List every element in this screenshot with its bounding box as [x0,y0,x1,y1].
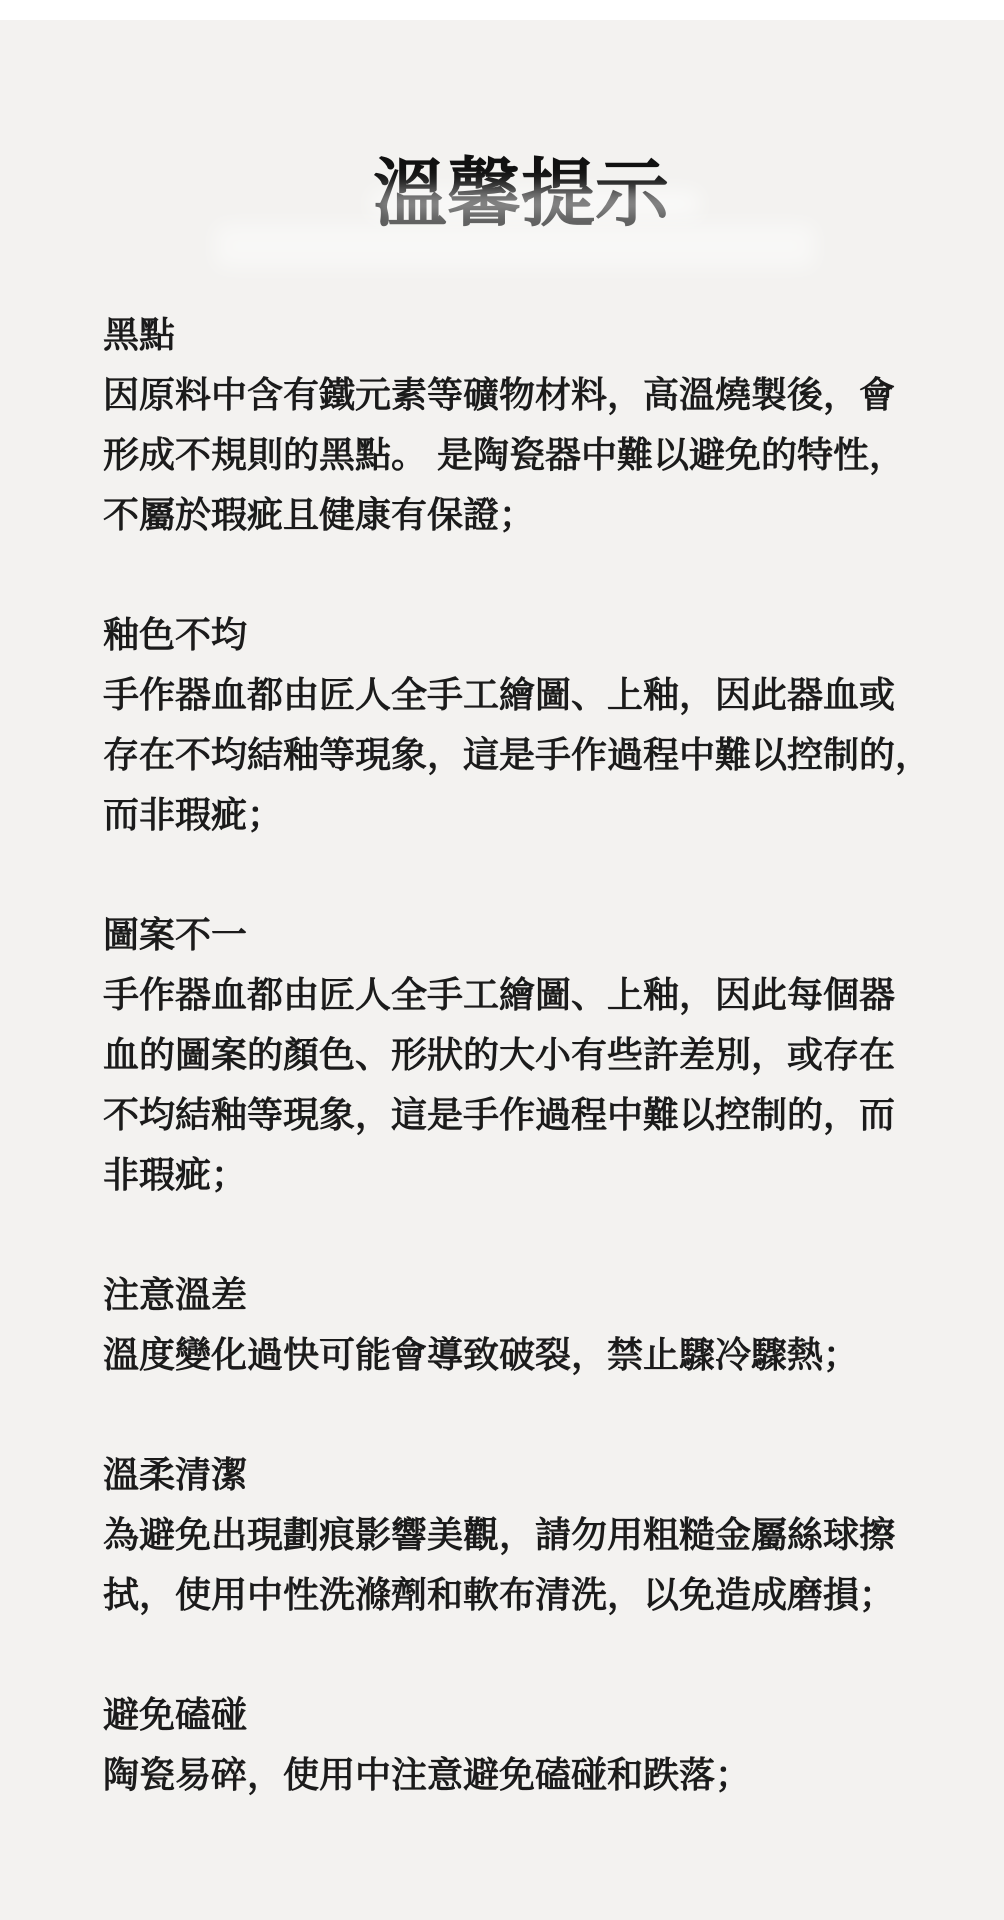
tips-content: 黑點 因原料中含有鐵元素等礦物材料，高溫燒製後，會 形成不規則的黑點。 是陶瓷器… [103,305,963,1805]
watermark-glow [215,224,815,268]
tip-section-uneven-glaze: 釉色不均 手作器血都由匠人全手工繪圖、上釉，因此器血或 存在不均結釉等現象，這是… [103,605,963,845]
tip-body: 為避免出現劃痕影響美觀，請勿用粗糙金屬絲球擦 拭，使用中性洗滌劑和軟布清洗，以免… [103,1505,963,1625]
tip-section-pattern-variation: 圖案不一 手作器血都由匠人全手工繪圖、上釉，因此每個器 血的圖案的顏色、形狀的大… [103,905,963,1205]
tip-section-gentle-cleaning: 溫柔清潔 為避免出現劃痕影響美觀，請勿用粗糙金屬絲球擦 拭，使用中性洗滌劑和軟布… [103,1445,963,1625]
watermark-glow [370,190,700,218]
tip-heading: 釉色不均 [103,605,963,665]
top-white-band [0,0,1004,20]
tip-heading: 避免磕碰 [103,1685,963,1745]
tip-section-avoid-bumps: 避免磕碰 陶瓷易碎，使用中注意避免磕碰和跌落； [103,1685,963,1805]
tip-heading: 溫柔清潔 [103,1445,963,1505]
tip-body: 手作器血都由匠人全手工繪圖、上釉，因此每個器 血的圖案的顏色、形狀的大小有些許差… [103,965,963,1205]
tip-body: 陶瓷易碎，使用中注意避免磕碰和跌落； [103,1745,963,1805]
tip-body: 因原料中含有鐵元素等礦物材料，高溫燒製後，會 形成不規則的黑點。 是陶瓷器中難以… [103,365,963,545]
tip-heading: 黑點 [103,305,963,365]
tip-heading: 圖案不一 [103,905,963,965]
tip-body: 手作器血都由匠人全手工繪圖、上釉，因此器血或 存在不均結釉等現象，這是手作過程中… [103,665,963,845]
tip-heading: 注意溫差 [103,1265,963,1325]
tip-section-black-spots: 黑點 因原料中含有鐵元素等礦物材料，高溫燒製後，會 形成不規則的黑點。 是陶瓷器… [103,305,963,545]
tip-body: 溫度變化過快可能會導致破裂，禁止驟冷驟熱； [103,1325,963,1385]
tip-section-temperature: 注意溫差 溫度變化過快可能會導致破裂，禁止驟冷驟熱； [103,1265,963,1385]
